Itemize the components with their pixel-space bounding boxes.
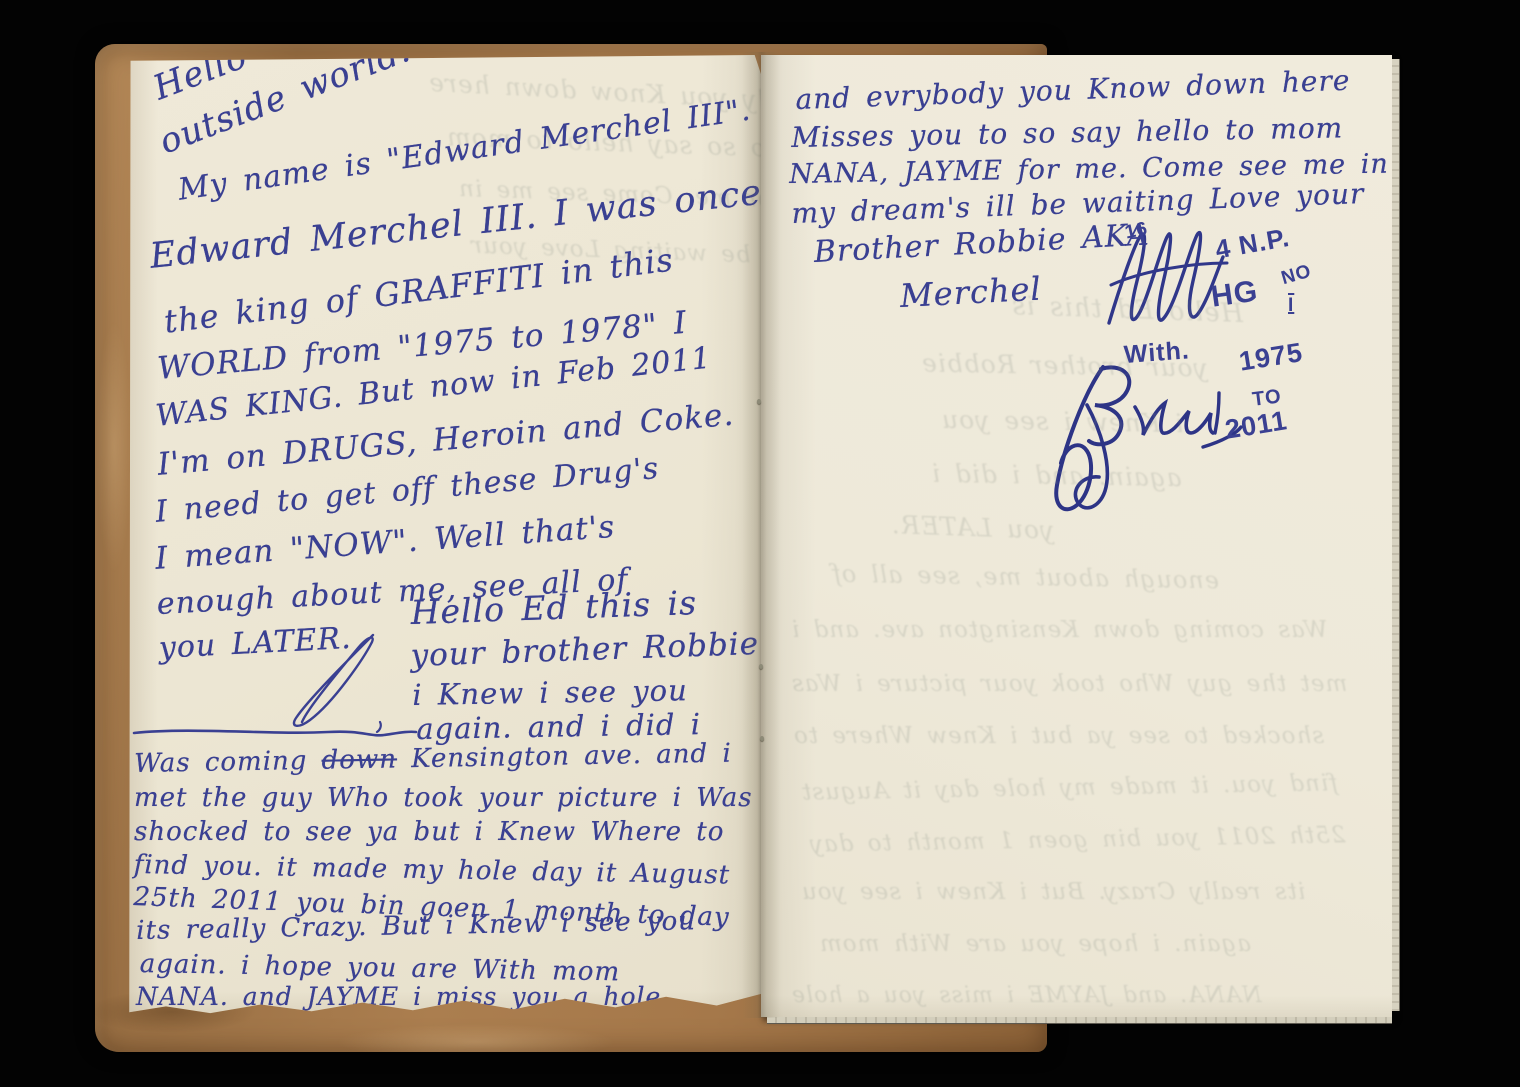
underline-stroke-drawing — [132, 723, 418, 741]
page-stack-right-edge — [1392, 59, 1399, 1011]
right-page: Hello Ed this isyour brother Robbiei Kne… — [761, 55, 1392, 1017]
handwriting-line: met the guy Who took your picture i Was — [134, 783, 753, 813]
graffiti-tag-text: I — [1288, 295, 1294, 317]
binding-stitch-dot — [757, 399, 761, 404]
handwriting-line: Misses you to so say hello to mom — [791, 111, 1343, 154]
notebook-photo: and evrybody you Know down hereMisses yo… — [0, 0, 1520, 1087]
ghost-bleed-line: again. and i did i — [931, 459, 1182, 492]
handwriting-line: shocked to see ya but i Knew Where to — [134, 817, 724, 847]
ghost-bleed-line: Was coming down Kensington ave. and i — [791, 617, 1327, 643]
ghost-bleed-line: you LATER. — [891, 510, 1055, 545]
struck-word: down — [321, 744, 397, 775]
ghost-bleed-line: its really Crazy. But i Knew i see you — [801, 879, 1305, 905]
binding-stitch-dot — [760, 736, 764, 741]
handwriting-line: and evrybody you Know down here — [795, 64, 1351, 116]
graffiti-tag-text: HG — [1209, 274, 1260, 314]
page-stack-bottom-edge — [767, 1017, 1392, 1023]
ghost-bleed-line: 25th 2011 you bin goen 1 month to day — [809, 822, 1346, 857]
handwriting-line: i Knew i see you — [412, 673, 688, 712]
ghost-bleed-line: met the guy Who took your picture i Was — [791, 671, 1347, 697]
ghost-bleed-line: i Knew i see you — [941, 405, 1184, 438]
graffiti-tag-text: NO — [1279, 261, 1314, 291]
handwriting-line: your brother Robbie — [410, 626, 760, 674]
binding-stitch-dot — [759, 664, 763, 669]
graffiti-tag-text: With. — [1123, 336, 1191, 370]
handwriting-line: Merchel — [899, 270, 1042, 315]
left-page: and evrybody you Know down hereMisses yo… — [128, 55, 761, 1017]
ghost-bleed-line: again. i hope you are With mom — [819, 931, 1251, 957]
ghost-bleed-line: NANA. and JAYME i miss you a hole — [791, 983, 1261, 1008]
ghost-bleed-line: shocked to see ya but i Knew Where to — [793, 723, 1324, 749]
handwriting-line: Was coming down Kensington ave. and i — [134, 739, 732, 779]
ghost-bleed-line: find you. it made my hole day it August — [801, 770, 1338, 805]
graffiti-tag-text: 1975 — [1237, 337, 1305, 378]
ghost-bleed-line: enough about me, see all of — [831, 560, 1219, 595]
graffiti-tag-text: 16 — [1123, 218, 1150, 244]
